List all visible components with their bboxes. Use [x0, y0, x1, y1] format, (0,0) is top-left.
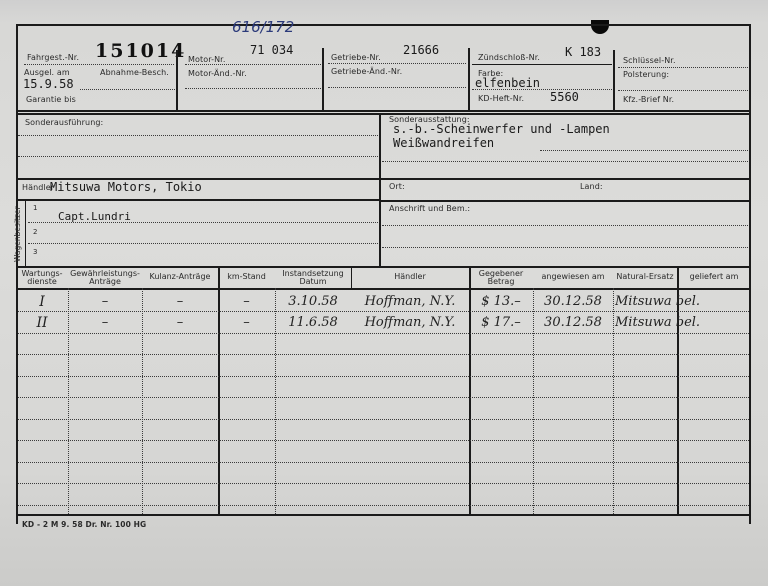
cell-betrag: $ 13.– — [471, 294, 531, 309]
form-footer: KD - 2 M 9. 58 Dr. Nr. 100 HG — [22, 520, 146, 529]
row-line — [18, 354, 749, 355]
row-line — [18, 505, 749, 506]
column-divider — [533, 288, 534, 514]
zuendschloss-value: K 183 — [565, 45, 601, 59]
row-line — [18, 440, 749, 441]
cell-natural: Mitsuwa bel. — [615, 294, 675, 309]
table-header-6: Händler — [351, 273, 469, 281]
ausstattung-line-2: Weißwandreifen — [393, 136, 494, 150]
cell-haendler: Hoffman, N.Y. — [353, 294, 467, 309]
cell-kulanz: – — [144, 315, 216, 330]
fahrgest-label: Fahrgest.-Nr. — [27, 53, 79, 62]
cell-datum: 11.6.58 — [277, 315, 349, 330]
sonderausfuehrung-label: Sonderausführung: — [25, 118, 103, 127]
table-header-4: km-Stand — [218, 273, 275, 281]
owner-num-1: 1 — [33, 204, 38, 212]
anschrift-label: Anschrift und Bem.: — [389, 204, 470, 213]
abnahme-label: Abnahme-Besch. — [100, 68, 169, 77]
land-label: Land: — [580, 182, 603, 191]
row-line — [18, 462, 749, 463]
table-header-7: GegebenerBetrag — [469, 270, 533, 286]
table-header-9: Natural-Ersatz — [613, 273, 677, 281]
polsterung-label: Polsterung: — [623, 70, 669, 79]
cell-angewiesen: 30.12.58 — [535, 315, 611, 330]
row-line — [18, 397, 749, 398]
getriebe-label: Getriebe-Nr. — [331, 53, 381, 62]
table-header-2: Gewährleistungs-Anträge — [68, 270, 142, 286]
getriebe-aend-label: Getriebe-Änd.-Nr. — [331, 67, 402, 76]
wagenbesitzer-label: Wagenbesitzer — [13, 206, 22, 262]
cell-wartung: II — [18, 315, 66, 331]
table-header-1: Wartungs-dienste — [16, 270, 68, 286]
cell-km: – — [220, 294, 273, 309]
row-line — [18, 311, 749, 312]
kd-heft-value: 5560 — [550, 90, 579, 104]
owner-num-2: 2 — [33, 228, 38, 236]
garantie-label: Garantie bis — [26, 95, 76, 104]
cell-datum: 3.10.58 — [277, 294, 349, 309]
motor-label: Motor-Nr. — [188, 55, 225, 64]
column-divider — [142, 288, 143, 514]
punch-hole — [591, 20, 609, 34]
table-header-10: geliefert am — [677, 273, 751, 281]
cell-betrag: $ 17.– — [471, 315, 531, 330]
table-header-3: Kulanz-Anträge — [142, 273, 218, 281]
kd-heft-label: KD-Heft-Nr. — [478, 94, 524, 103]
cell-gewaehr: – — [70, 315, 140, 330]
pen-annotation: 616/172 — [232, 18, 294, 36]
farbe-value: elfenbein — [475, 76, 540, 90]
column-divider — [68, 288, 69, 514]
table-header-5: InstandsetzungDatum — [275, 270, 351, 286]
motor-value: 71 034 — [250, 43, 293, 57]
cell-wartung: I — [18, 294, 66, 310]
table-header-8: angewiesen am — [533, 273, 613, 281]
row-line — [18, 333, 749, 334]
zuendschloss-label: Zündschloß-Nr. — [478, 53, 540, 62]
column-divider — [275, 288, 276, 514]
motor-aend-label: Motor-Änd.-Nr. — [188, 69, 247, 78]
ort-label: Ort: — [389, 182, 405, 191]
cell-kulanz: – — [144, 294, 216, 309]
table-header-rule — [16, 288, 751, 290]
owner-num-3: 3 — [33, 248, 38, 256]
fahrgest-value: 151014 — [95, 40, 186, 62]
top-border — [16, 24, 751, 26]
cell-km: – — [220, 315, 273, 330]
ausstattung-line-1: s.-b.-Scheinwerfer und -Lampen — [393, 122, 610, 136]
cell-natural: Mitsuwa bel. — [615, 315, 675, 330]
column-divider — [613, 288, 614, 514]
row-line — [18, 419, 749, 420]
ausgel-value: 15.9.58 — [23, 77, 74, 91]
row-line — [18, 483, 749, 484]
row-line — [18, 376, 749, 377]
haendler-value: Mitsuwa Motors, Tokio — [50, 180, 202, 194]
cell-haendler: Hoffman, N.Y. — [353, 315, 467, 330]
table-bottom-rule — [16, 514, 751, 516]
getriebe-value: 21666 — [403, 43, 439, 57]
cell-angewiesen: 30.12.58 — [535, 294, 611, 309]
cell-gewaehr: – — [70, 294, 140, 309]
kfz-brief-label: Kfz.-Brief Nr. — [623, 95, 674, 104]
ausgel-label: Ausgel. am — [24, 68, 70, 77]
schluessel-label: Schlüssel-Nr. — [623, 56, 676, 65]
